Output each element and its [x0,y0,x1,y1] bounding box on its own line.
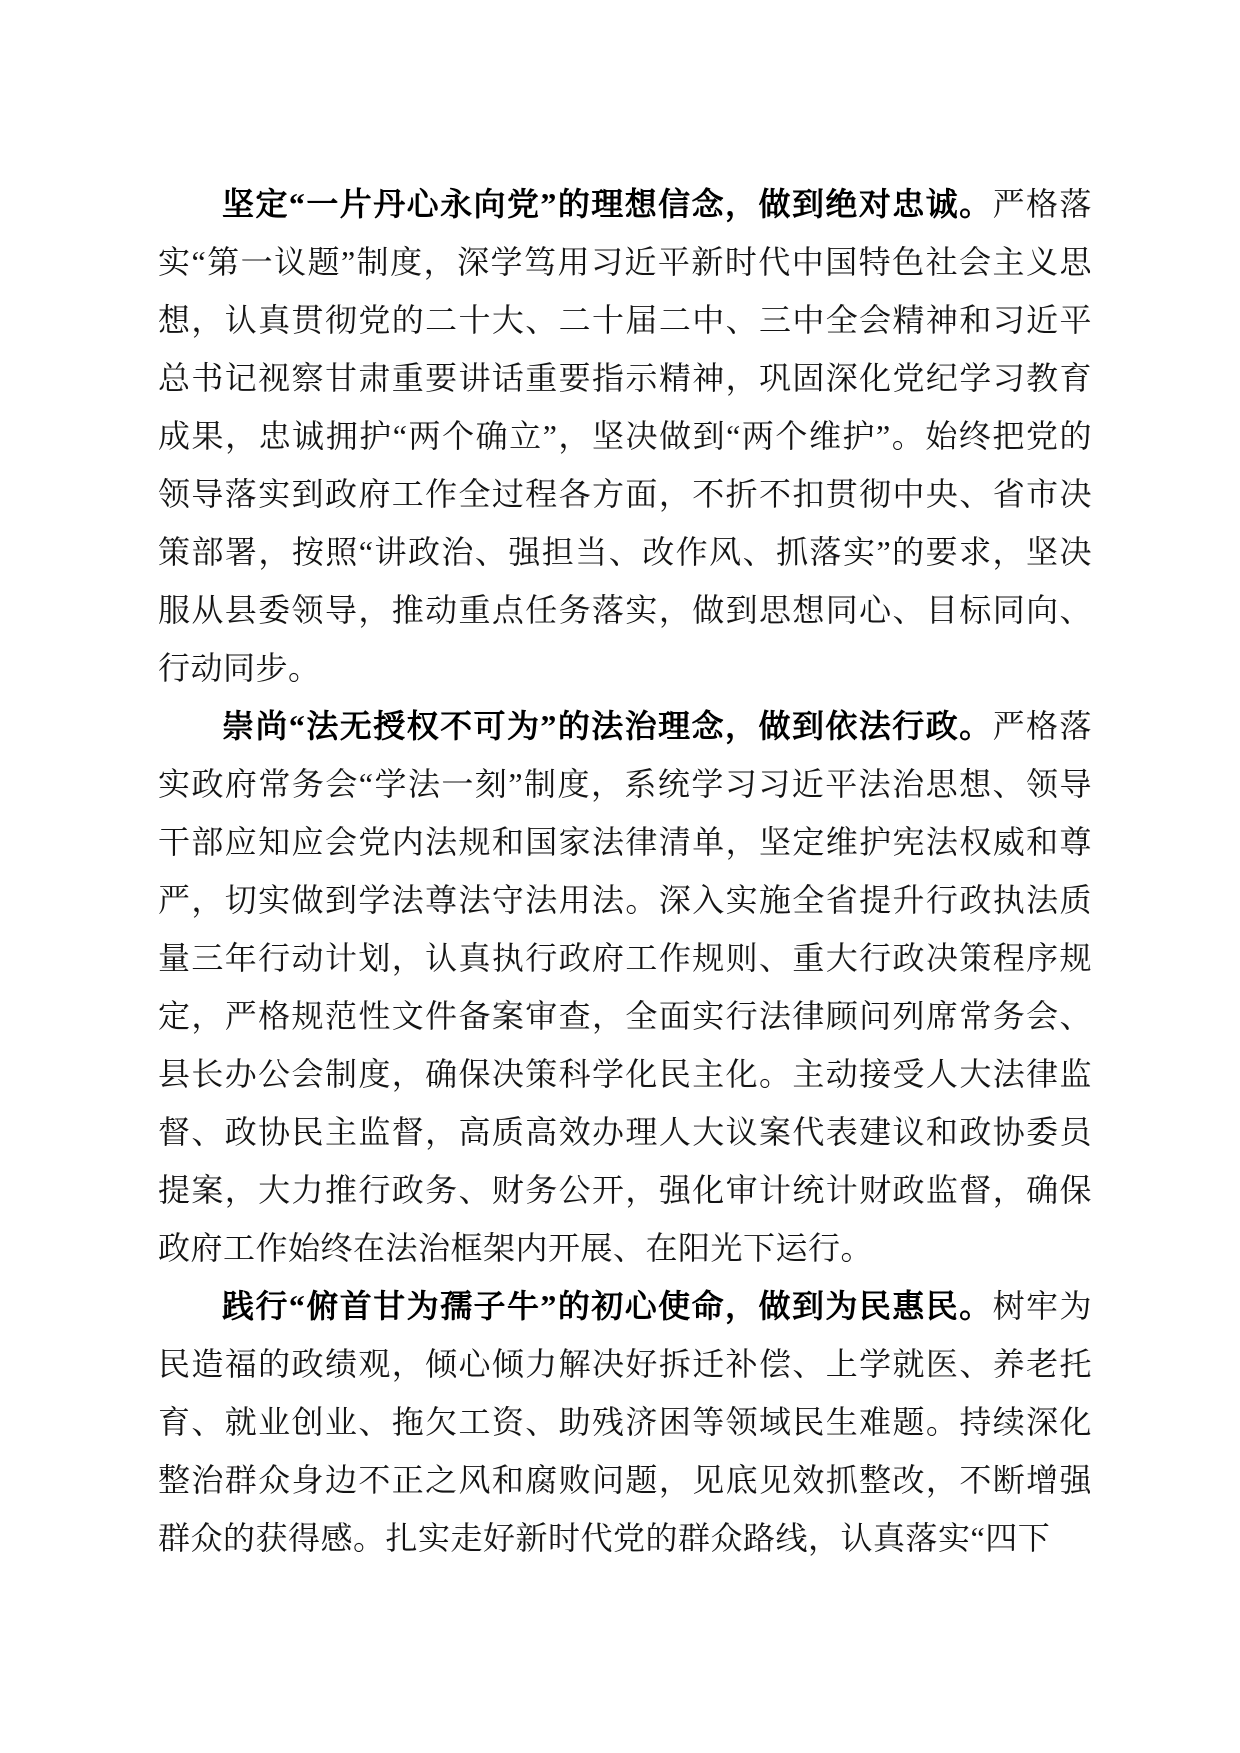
document-page: 坚定“一片丹心永向党”的理想信念，做到绝对忠诚。严格落实“第一议题”制度，深学笃… [0,0,1240,1753]
paragraph-lead: 坚定“一片丹心永向党”的理想信念，做到绝对忠诚。 [222,186,993,222]
paragraph-lead: 践行“俯首甘为孺子牛”的初心使命，做到为民惠民。 [222,1288,993,1324]
paragraph-lead: 崇尚“法无授权不可为”的法治理念，做到依法行政。 [222,708,993,744]
paragraph: 崇尚“法无授权不可为”的法治理念，做到依法行政。严格落实政府常务会“学法一刻”制… [158,697,1092,1277]
paragraph: 践行“俯首甘为孺子牛”的初心使命，做到为民惠民。树牢为民造福的政绩观，倾心倾力解… [158,1277,1092,1567]
document-text: 坚定“一片丹心永向党”的理想信念，做到绝对忠诚。严格落实“第一议题”制度，深学笃… [158,175,1092,1567]
paragraph: 坚定“一片丹心永向党”的理想信念，做到绝对忠诚。严格落实“第一议题”制度，深学笃… [158,175,1092,697]
paragraph-body: 严格落实“第一议题”制度，深学笃用习近平新时代中国特色社会主义思想，认真贯彻党的… [158,186,1092,686]
paragraph-body: 严格落实政府常务会“学法一刻”制度，系统学习习近平法治思想、领导干部应知应会党内… [158,708,1092,1266]
paragraph-body: 树牢为民造福的政绩观，倾心倾力解决好拆迁补偿、上学就医、养老托育、就业创业、拖欠… [158,1288,1092,1556]
